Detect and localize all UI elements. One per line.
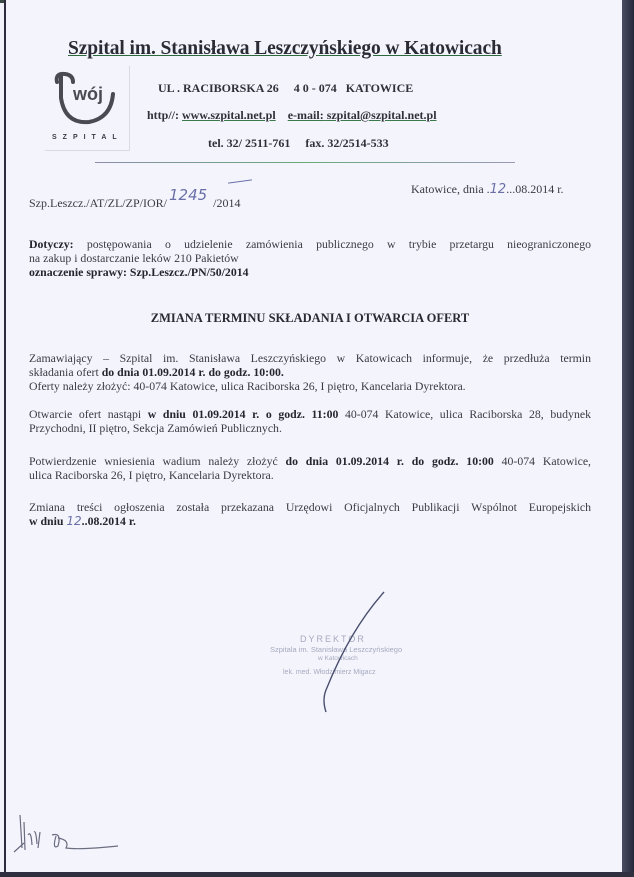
initials-signature-icon xyxy=(14,815,118,852)
signature-strokes xyxy=(0,0,634,877)
director-signature-icon xyxy=(324,592,384,712)
